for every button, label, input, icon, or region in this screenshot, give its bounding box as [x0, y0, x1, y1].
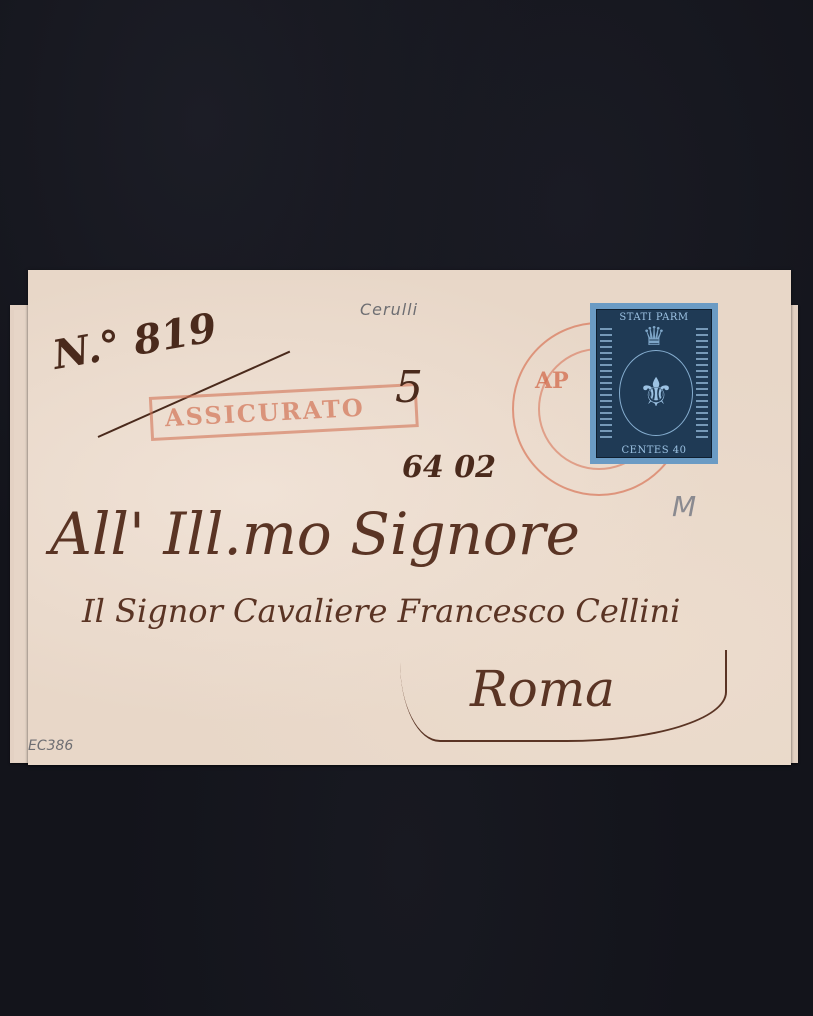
postage-stamp: STATI PARM ⚜ ♛ CENTES 40 [590, 303, 718, 464]
pencil-note-top: Cerulli [360, 300, 418, 319]
crown-icon: ♛ [597, 324, 711, 350]
postmark-date-text: AP [535, 368, 569, 394]
pencil-note-bottom-left: EC386 [28, 738, 73, 754]
pencil-note-right: M [672, 490, 696, 523]
stamp-value-text: CENTES 40 [597, 445, 711, 456]
address-line-1: All' Ill.mo Signore [50, 500, 580, 568]
stamp-oval-frame: ⚜ [619, 350, 693, 436]
weight-note: 64 02 [402, 450, 496, 485]
address-line-2: Il Signor Cavaliere Francesco Cellini [82, 592, 680, 630]
fleur-de-lis-icon: ⚜ [620, 373, 692, 413]
assicurato-text: ASSICURATO [164, 393, 365, 432]
stamp-design: STATI PARM ⚜ ♛ CENTES 40 [596, 309, 712, 458]
rate-mark: 5 [395, 362, 423, 413]
